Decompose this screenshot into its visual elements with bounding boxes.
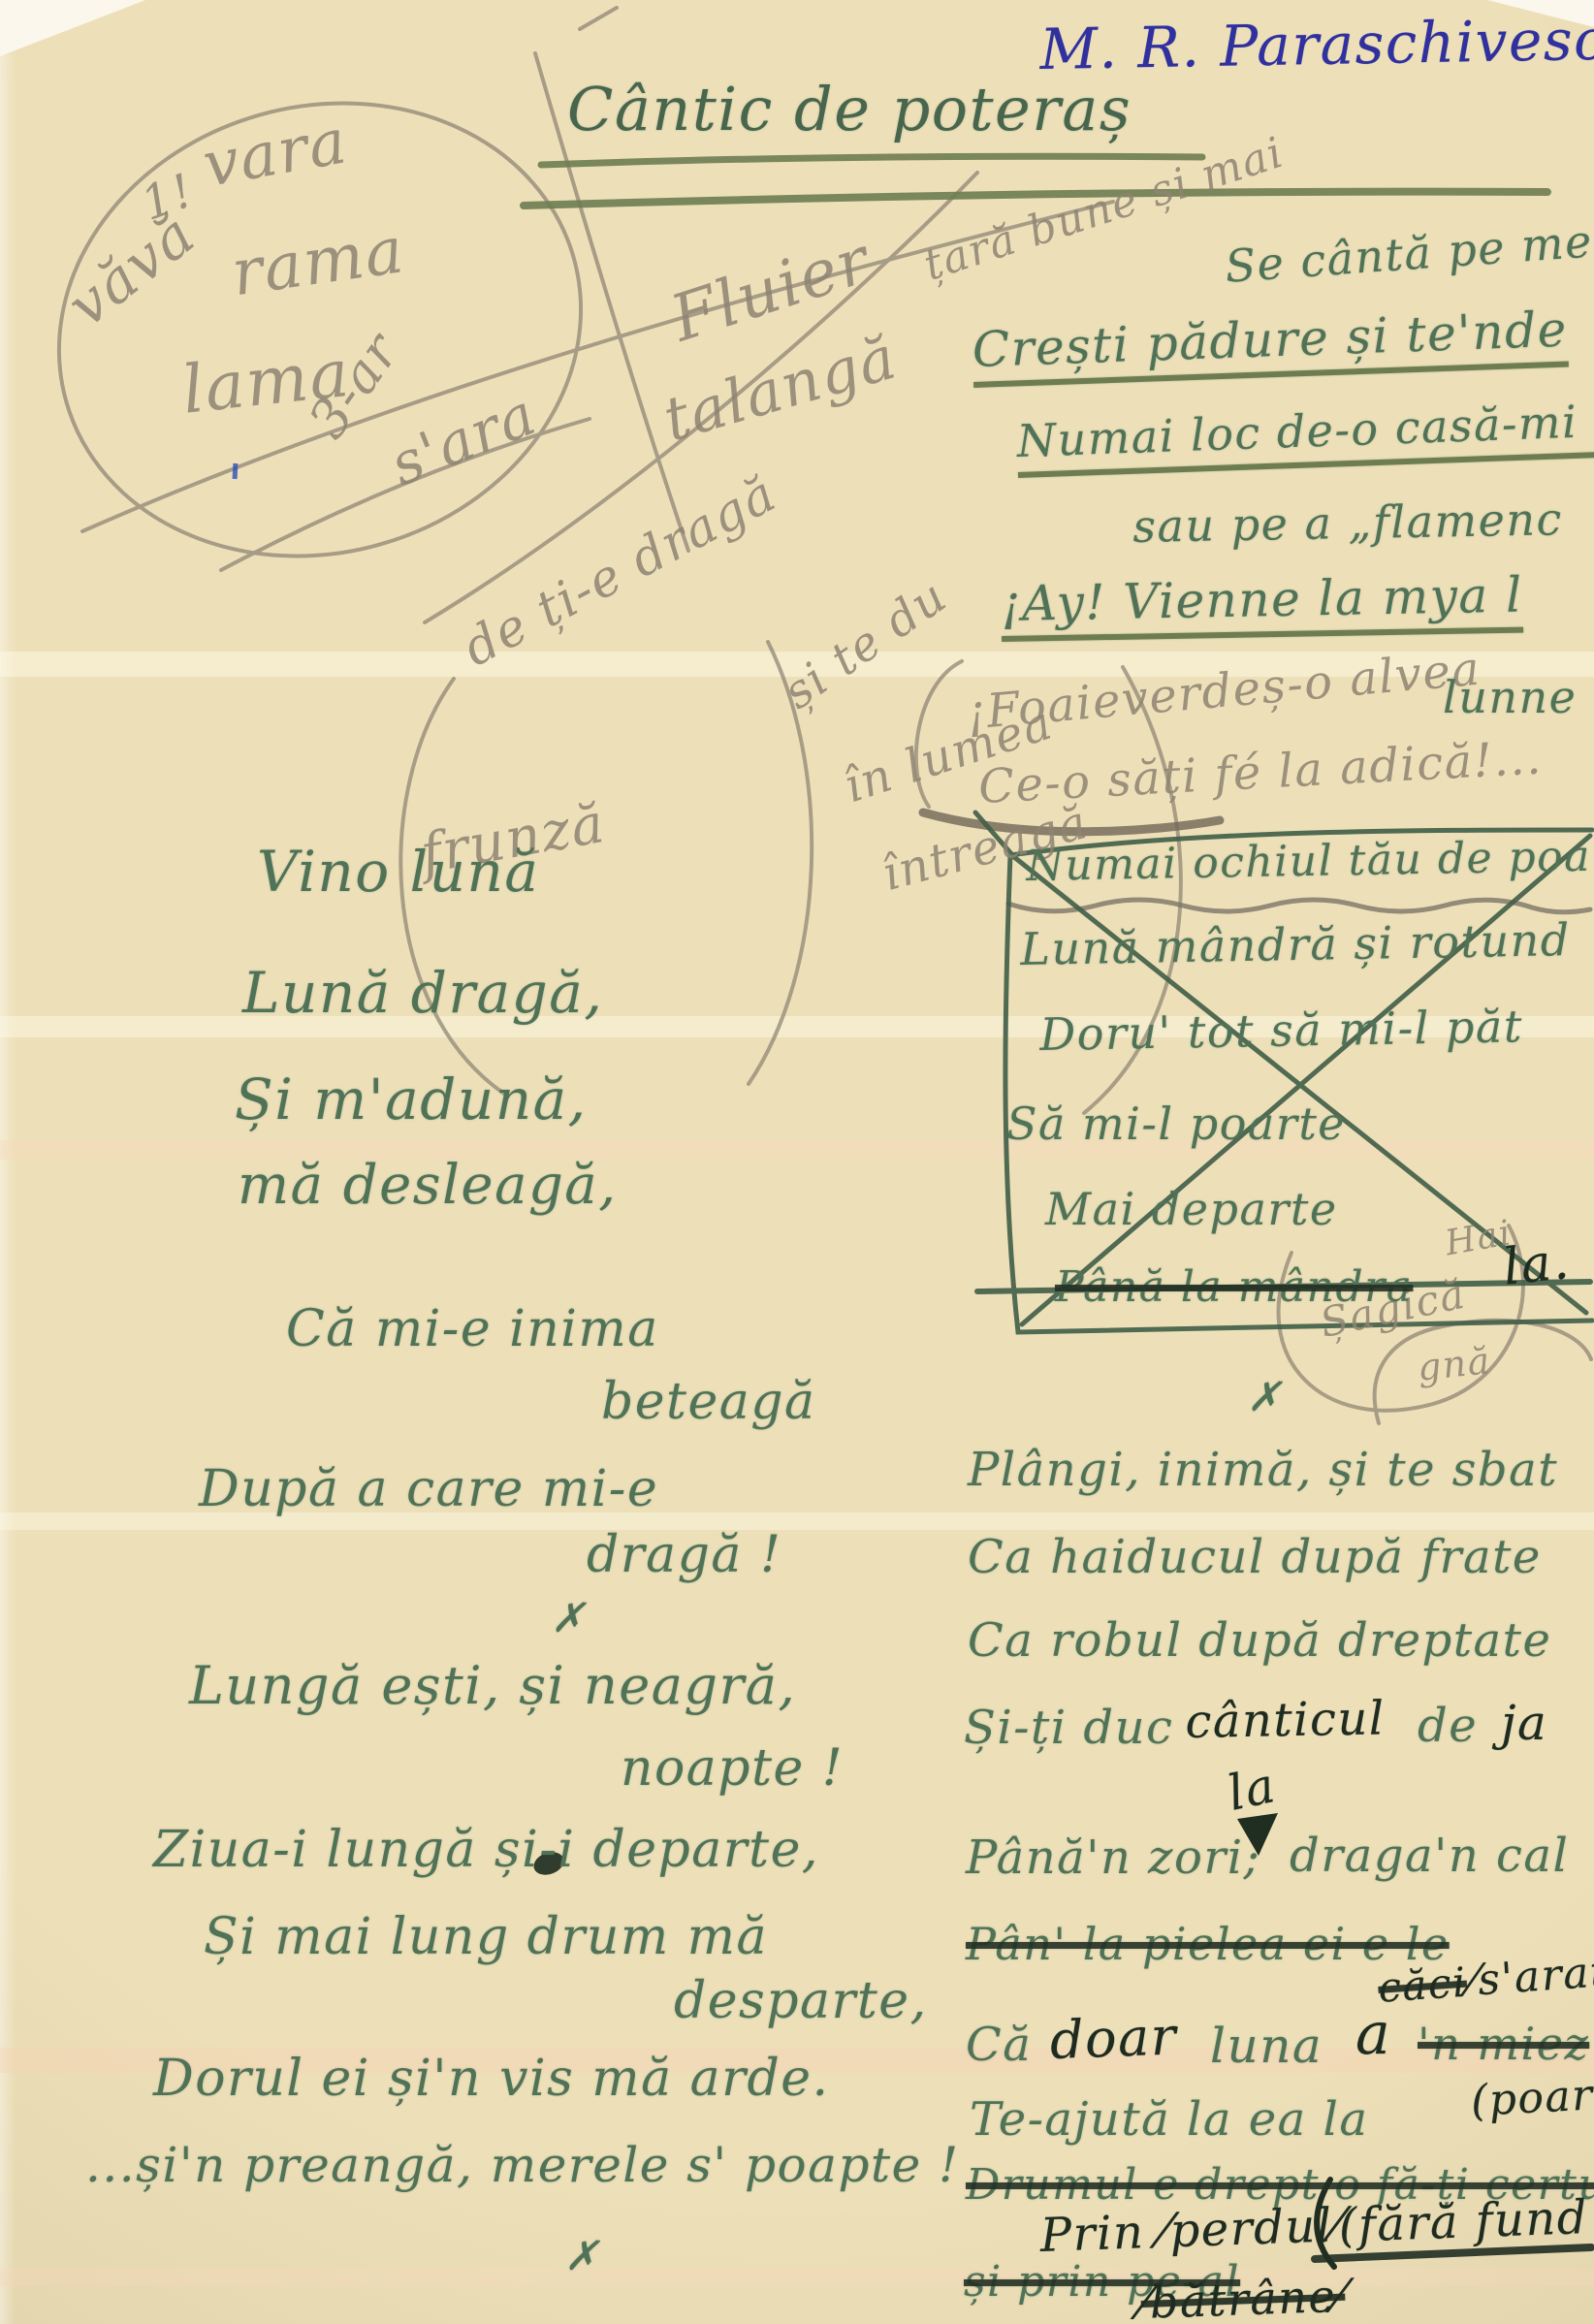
poem-line: mă desleagă,	[238, 1159, 618, 1213]
ink-correction: la.	[1501, 1236, 1573, 1293]
poem-line: ...și'n preangă, merele s' poapte !	[85, 2141, 960, 2189]
poem-title: Cântic de poteraș	[567, 80, 1132, 140]
ink-correction: ⁄bătrâne⁄	[1140, 2274, 1346, 2324]
verse-line: Până'n zori;	[966, 1834, 1260, 1881]
boxed-verse-line: Mai departe	[1045, 1187, 1338, 1231]
ink-correction: doar	[1049, 2010, 1178, 2067]
poem-line: Vino lună	[257, 844, 539, 900]
ink-correction: la	[1224, 1761, 1280, 1818]
poem-line: Lungă ești, și neagră,	[189, 1660, 796, 1712]
verse-line: Pân' la pielea ei e le	[966, 1922, 1450, 1966]
poem-line: Lună dragă,	[242, 965, 603, 1021]
manuscript-page: M. R. Paraschivescu Cântic de poteraș va…	[0, 0, 1594, 2324]
pencil-note: de ți-e dragă	[456, 468, 784, 675]
pencil-note: s'ara	[383, 385, 544, 495]
pencil-note: Ce-o săți fé la adică!...	[977, 735, 1544, 811]
verse-line: 'n miez	[1418, 2022, 1589, 2066]
verse-line: Plângi, inimă, și te sbat	[968, 1447, 1558, 1493]
pencil-note: gnă	[1416, 1342, 1493, 1386]
poem-line: Ziua-i lungă și-i departe,	[153, 1825, 819, 1875]
author-signature: M. R. Paraschivescu	[1039, 11, 1594, 78]
poem-line: beteagă	[601, 1377, 816, 1427]
ink-correction: ⁄s'arată	[1468, 1949, 1594, 2003]
section-mark: ✗	[564, 2236, 600, 2276]
ink-correction: (fără fund	[1338, 2194, 1589, 2249]
verse-line: luna	[1210, 2022, 1323, 2070]
poem-line: noapte !	[621, 1743, 844, 1794]
poem-line: dragă !	[587, 1530, 781, 1580]
ink-correction: ja	[1501, 1699, 1547, 1747]
poem-line: Și m'adună,	[235, 1071, 588, 1128]
poem-line: Dorul ei și'n vis mă arde.	[153, 2053, 830, 2104]
pencil-note: ¡Foaieverdeș-o alvea	[965, 646, 1482, 737]
verse-line: Numai loc de-o casă-mi l	[1016, 398, 1594, 463]
poem-line: Și mai lung drum mă	[204, 1912, 768, 1962]
verse-line: Ca haiducul după frate	[968, 1534, 1542, 1580]
poem-line: După a care mi-e	[199, 1464, 658, 1514]
section-mark: ✗	[551, 1598, 587, 1639]
boxed-verse-line: Până la mândra	[1055, 1266, 1413, 1309]
ink-correction: a	[1355, 2005, 1391, 2063]
poem-line: Că mi-e inima	[286, 1304, 659, 1354]
verse-line: Ca robul după dreptate	[968, 1617, 1551, 1664]
verse-line: de	[1418, 1703, 1478, 1749]
handwriting-layer: M. R. Paraschivescu Cântic de poteraș va…	[0, 0, 1594, 2324]
boxed-verse-line: Să mi-l poarte	[1006, 1101, 1346, 1146]
verse-line: Se cântă pe melodi	[1224, 212, 1594, 289]
ink-correction: cânticul	[1185, 1695, 1386, 1745]
verse-line: lunne	[1443, 675, 1577, 719]
boxed-verse-line: Numai ochiul tău de poa	[1026, 836, 1591, 888]
verse-line: Și-ți duc	[964, 1704, 1173, 1751]
verse-line: Crești pădure și te'nde	[972, 305, 1568, 374]
pencil-note: rama	[228, 218, 408, 305]
ink-correction: Prin ⁄perdul⁄	[1039, 2202, 1343, 2259]
verse-line: ¡Ay! Vienne la mya l	[1001, 571, 1523, 628]
pencil-note: văvă	[58, 205, 205, 337]
section-mark: ✗	[1247, 1377, 1283, 1417]
verse-line: Că	[966, 2022, 1032, 2068]
verse-line: draga'n cal	[1290, 1832, 1569, 1879]
boxed-verse-line: Doru' tot să mi-l păt	[1039, 1003, 1523, 1057]
verse-line: sau pe a „flamenc	[1132, 496, 1563, 549]
verse-line: Te-ajută la ea la	[970, 2096, 1368, 2143]
boxed-verse-line: Lună mândră și rotund	[1020, 917, 1571, 971]
pencil-note: și te du	[776, 572, 955, 716]
ink-correction: (poart	[1470, 2073, 1594, 2123]
pencil-note: vara	[199, 111, 352, 197]
poem-line: desparte,	[674, 1976, 928, 2026]
